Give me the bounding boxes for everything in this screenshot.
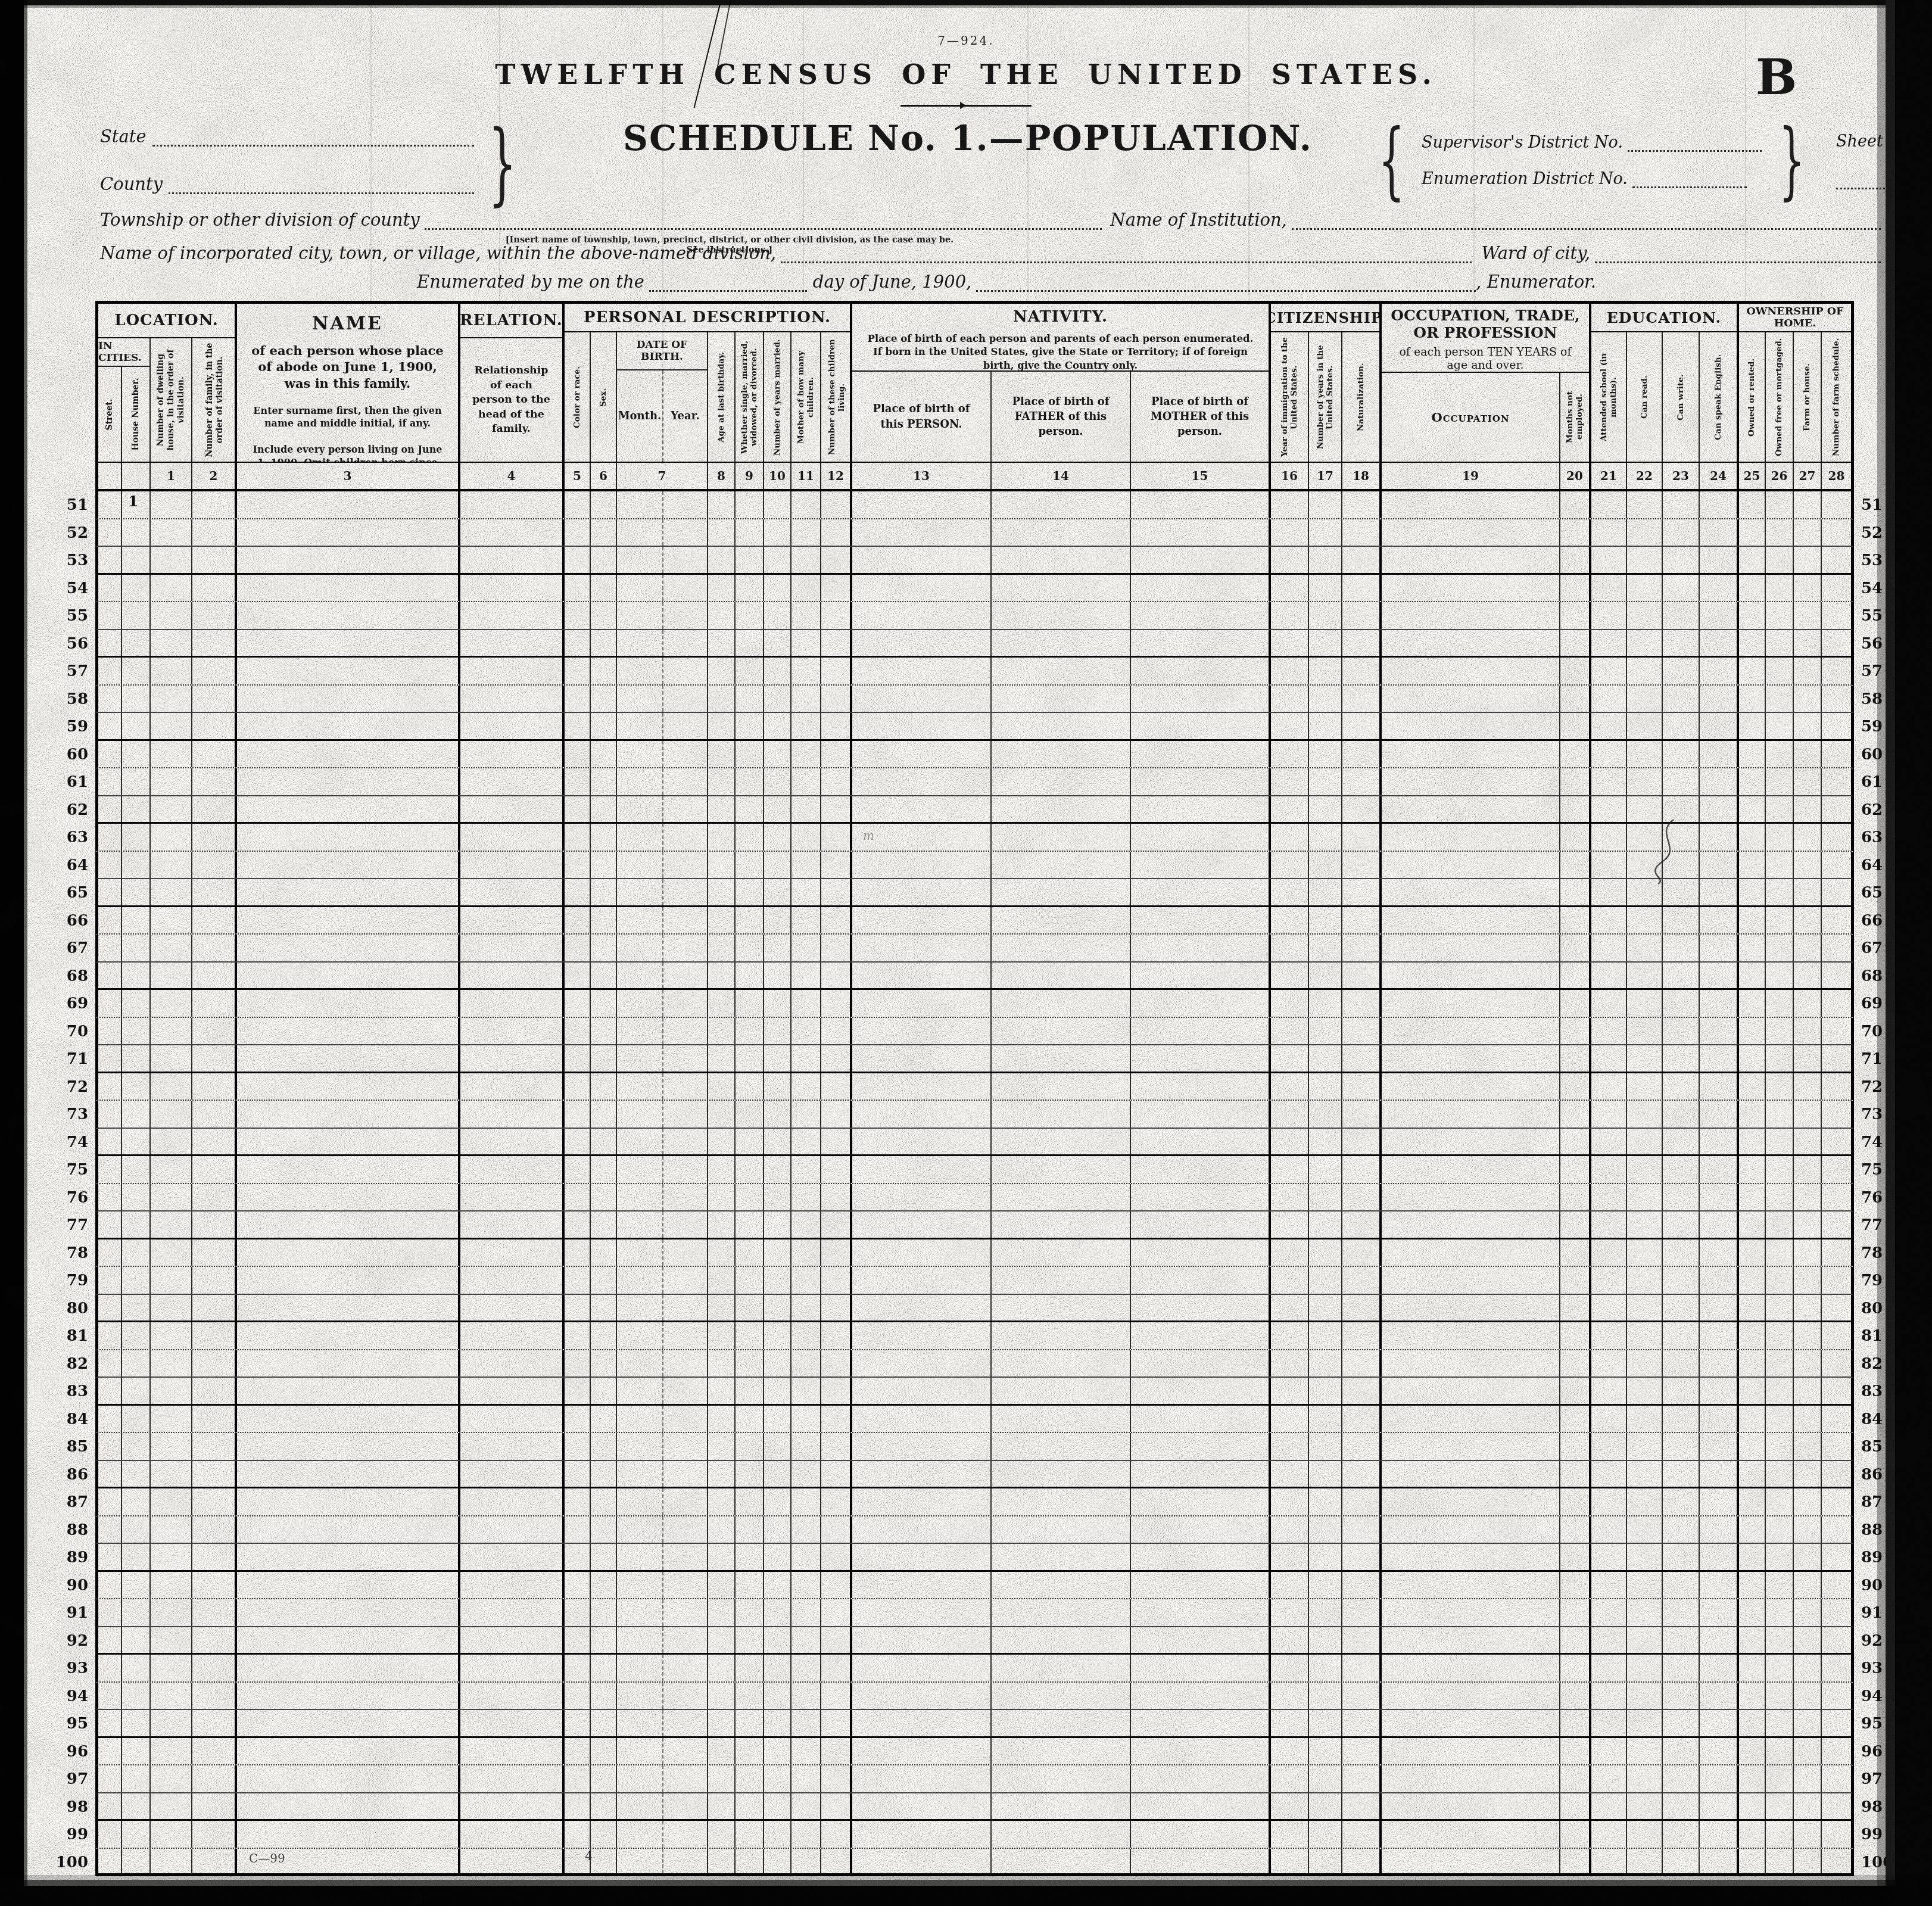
table-cell: [122, 1295, 151, 1321]
table-cell: [1766, 1599, 1794, 1626]
table-cell: [98, 1018, 122, 1045]
table-cell: [1382, 879, 1560, 905]
table-cell: [122, 1406, 151, 1432]
table-cell: [1627, 1627, 1663, 1653]
table-cell: [151, 1599, 192, 1626]
table-cell: [1663, 1710, 1700, 1736]
table-cell: [1663, 547, 1700, 573]
table-cell: [764, 1350, 792, 1377]
table-cell: [821, 1018, 852, 1045]
table-cell: [617, 713, 663, 739]
section-location: LOCATION. IN CITIES. Street. House Numbe…: [98, 304, 237, 462]
col-attended-school: Attended school (in months).: [1591, 332, 1627, 462]
table-cell: [992, 519, 1131, 546]
table-cell: [1663, 1765, 1700, 1792]
table-cell: [1627, 768, 1663, 795]
table-cell: [1766, 713, 1794, 739]
table-cell: [792, 1544, 821, 1570]
table-cell: [792, 1322, 821, 1349]
row-number: 95: [1854, 1710, 1887, 1738]
table-cell: [98, 519, 122, 546]
table-cell: [617, 1129, 663, 1155]
col-children-living: Number of these children living.: [821, 332, 852, 462]
table-cell: [708, 852, 736, 879]
table-cell: [708, 1821, 736, 1848]
table-cell: [98, 1156, 122, 1183]
table-cell: [1766, 1073, 1794, 1100]
table-cell: [237, 1572, 460, 1599]
table-cell: [237, 1433, 460, 1460]
table-cell: [565, 1267, 591, 1294]
table-cell: [1131, 1599, 1271, 1626]
table-cell: [1591, 1710, 1627, 1736]
table-cell: [1794, 519, 1822, 546]
table-cell: [708, 1433, 736, 1460]
table-cell: [237, 686, 460, 712]
table-cell: [151, 1655, 192, 1681]
table-cell: [1822, 1821, 1851, 1848]
table-cell: [1560, 1627, 1591, 1653]
table-cell: [1560, 1156, 1591, 1183]
table-cell: [1382, 491, 1560, 518]
table-cell: [460, 1710, 565, 1736]
table-cell: [192, 1765, 237, 1792]
table-cell: [1560, 1018, 1591, 1045]
table-cell: [565, 1683, 591, 1709]
table-cell: [736, 907, 764, 934]
table-cell: [1382, 1627, 1560, 1653]
table-cell: [98, 1461, 122, 1487]
table-cell: [1766, 852, 1794, 879]
table-cell: [1794, 1849, 1822, 1874]
table-cell: [151, 1710, 192, 1736]
table-cell: [852, 935, 992, 961]
table-cell: [1342, 741, 1382, 768]
table-cell: [460, 1738, 565, 1765]
table-cell: [1560, 824, 1591, 851]
table-cell: [617, 796, 663, 823]
township-field: Township or other division of county Nam…: [100, 210, 1881, 230]
table-cell: [122, 630, 151, 656]
table-cell: [708, 602, 736, 629]
table-cell: [852, 1045, 992, 1072]
table-cell: [736, 1018, 764, 1045]
enumeration-district-field: Enumeration District No.: [1422, 170, 1762, 188]
table-cell: [1560, 1821, 1591, 1848]
table-cell: [1560, 935, 1591, 961]
row-number: 89: [1854, 1544, 1887, 1572]
table-cell: [1271, 1406, 1309, 1432]
table-cell: [1822, 658, 1851, 684]
table-cell: [98, 575, 122, 602]
table-cell: [992, 1184, 1131, 1211]
table-row: 5555: [61, 602, 1887, 630]
table-cell: [1342, 1738, 1382, 1765]
table-cell: [992, 630, 1131, 656]
table-cell: [617, 1516, 663, 1543]
table-cell: [736, 1516, 764, 1543]
table-row: 5454: [61, 575, 1887, 603]
table-cell: [237, 1045, 460, 1072]
table-cell: [1382, 1821, 1560, 1848]
table-cell: [1591, 1322, 1627, 1349]
table-cell: [1739, 990, 1766, 1017]
table-cell: [1739, 1655, 1766, 1681]
table-cell: [460, 1045, 565, 1072]
table-cell: [1560, 1461, 1591, 1487]
table-cell: [663, 658, 708, 684]
table-cell: [617, 1433, 663, 1460]
table-cell: [1131, 1627, 1271, 1653]
table-cell: [1131, 1849, 1271, 1874]
section-name: NAME of each person whose place of abode…: [237, 304, 460, 462]
table-cell: [122, 1710, 151, 1736]
table-row: 9797: [61, 1765, 1887, 1793]
table-cell: [617, 879, 663, 905]
table-cell: [1382, 1488, 1560, 1515]
table-cell: [1700, 1322, 1739, 1349]
table-cell: [1342, 1295, 1382, 1321]
table-cell: [852, 1627, 992, 1653]
table-cell: [1382, 1738, 1560, 1765]
table-cell: [192, 963, 237, 989]
table-cell: [764, 1322, 792, 1349]
table-cell: [1766, 1295, 1794, 1321]
table-cell: [764, 768, 792, 795]
table-row: 9090: [61, 1572, 1887, 1600]
supervisor-district-label: Supervisor's District No.: [1422, 133, 1623, 152]
table-row: 5959: [61, 713, 1887, 741]
table-cell: [1794, 1710, 1822, 1736]
table-cell: [591, 1821, 617, 1848]
table-cell: [1739, 907, 1766, 934]
table-cell: [1794, 1433, 1822, 1460]
table-cell: [1309, 1295, 1342, 1321]
table-cell: [1739, 519, 1766, 546]
table-cell: [663, 1488, 708, 1515]
table-cell: [663, 491, 708, 518]
table-cell: [192, 1295, 237, 1321]
table-cell: [1822, 1045, 1851, 1072]
table-cell: [821, 1599, 852, 1626]
table-cell: [1591, 1184, 1627, 1211]
table-cell: [1766, 1516, 1794, 1543]
table-cell: [852, 852, 992, 879]
table-cell: [122, 1655, 151, 1681]
table-cell: [1271, 1738, 1309, 1765]
table-cell: [617, 1239, 663, 1266]
table-cell: [1309, 1156, 1342, 1183]
schedule-title: SCHEDULE No. 1.—POPULATION.: [566, 118, 1370, 158]
table-cell: 1: [122, 491, 151, 518]
table-cell: [1309, 796, 1342, 823]
table-cell: [1822, 519, 1851, 546]
table-cell: [1663, 602, 1700, 629]
table-cell: [1822, 1378, 1851, 1404]
row-number: 51: [1854, 491, 1887, 519]
table-cell: [992, 1239, 1131, 1266]
table-cell: [1766, 602, 1794, 629]
table-cell: [98, 1488, 122, 1515]
table-cell: [1591, 852, 1627, 879]
table-cell: [663, 713, 708, 739]
table-cell: [1822, 879, 1851, 905]
table-cell: [1309, 741, 1342, 768]
row-number: 89: [61, 1544, 95, 1572]
table-cell: [992, 768, 1131, 795]
table-cell: [1591, 1821, 1627, 1848]
table-cell: [1627, 630, 1663, 656]
table-cell: [1591, 768, 1627, 795]
table-cell: [460, 935, 565, 961]
table-cell: [1700, 796, 1739, 823]
table-cell: [792, 1849, 821, 1874]
col-can-write: Can write.: [1663, 332, 1700, 462]
table-cell: [565, 1322, 591, 1349]
table-cell: [565, 1433, 591, 1460]
row-number: 56: [1854, 630, 1887, 658]
table-cell: [852, 1849, 992, 1874]
table-cell: [192, 796, 237, 823]
table-cell: [1739, 1322, 1766, 1349]
row-cells: [95, 879, 1854, 907]
table-cell: [821, 1544, 852, 1570]
table-cell: [764, 1129, 792, 1155]
table-cell: [565, 1295, 591, 1321]
table-cell: [565, 1378, 591, 1404]
table-cell: [764, 575, 792, 602]
table-cell: [1627, 935, 1663, 961]
table-cell: [708, 491, 736, 518]
table-cell: [792, 1793, 821, 1820]
table-cell: [1739, 796, 1766, 823]
table-cell: [1271, 713, 1309, 739]
table-cell: [1271, 1821, 1309, 1848]
row-number: 55: [1854, 602, 1887, 630]
table-cell: [1131, 1488, 1271, 1515]
row-number: 57: [1854, 658, 1887, 686]
row-number: 61: [61, 768, 95, 796]
table-cell: [1700, 1378, 1739, 1404]
table-cell: [852, 1821, 992, 1848]
column-number-cell: 7: [617, 463, 708, 489]
table-cell: [192, 1350, 237, 1377]
table-cell: [821, 1627, 852, 1653]
table-cell: [1309, 1267, 1342, 1294]
table-cell: [151, 935, 192, 961]
table-row: 8585: [61, 1433, 1887, 1461]
table-cell: [591, 824, 617, 851]
table-cell: [764, 658, 792, 684]
table-cell: [1822, 1073, 1851, 1100]
table-cell: [792, 1295, 821, 1321]
table-cell: [708, 990, 736, 1017]
table-cell: [1382, 1212, 1560, 1238]
table-cell: [736, 1710, 764, 1736]
table-cell: [1700, 1212, 1739, 1238]
table-cell: [1794, 1073, 1822, 1100]
table-cell: [792, 1599, 821, 1626]
table-cell: [1342, 1433, 1382, 1460]
table-cell: [591, 491, 617, 518]
table-cell: [151, 852, 192, 879]
table-cell: [1131, 879, 1271, 905]
citizenship-title: CITIZENSHIP.: [1271, 304, 1379, 332]
table-cell: [192, 1627, 237, 1653]
table-cell: [460, 1821, 565, 1848]
table-cell: [1700, 1488, 1739, 1515]
table-cell: [708, 1765, 736, 1792]
table-cell: [1131, 1710, 1271, 1736]
table-cell: [736, 658, 764, 684]
table-cell: [1560, 1101, 1591, 1128]
table-cell: [764, 1461, 792, 1487]
table-cell: [1766, 1433, 1794, 1460]
table-cell: [122, 1599, 151, 1626]
table-cell: [122, 907, 151, 934]
table-cell: [1822, 1239, 1851, 1266]
table-cell: [1794, 713, 1822, 739]
table-cell: [663, 686, 708, 712]
row-number: 65: [61, 879, 95, 907]
table-cell: [151, 1378, 192, 1404]
table-cell: [617, 630, 663, 656]
table-cell: [1271, 796, 1309, 823]
table-cell: [1794, 1627, 1822, 1653]
table-cell: [764, 1655, 792, 1681]
table-cell: [708, 1073, 736, 1100]
table-cell: [192, 852, 237, 879]
table-cell: [1822, 1793, 1851, 1820]
scan-edge-left: [0, 0, 31, 1906]
col-naturalization: Naturalization.: [1342, 332, 1379, 462]
table-cell: [591, 1350, 617, 1377]
table-cell: [122, 519, 151, 546]
table-cell: [708, 1406, 736, 1432]
row-cells: [95, 1018, 1854, 1046]
table-cell: [1382, 824, 1560, 851]
table-cell: [1700, 1765, 1739, 1792]
table-cell: [736, 935, 764, 961]
table-cell: [617, 1821, 663, 1848]
table-cell: [1271, 907, 1309, 934]
row-number: 88: [61, 1516, 95, 1544]
table-cell: [1700, 824, 1739, 851]
table-cell: [1663, 1239, 1700, 1266]
table-cell: [736, 1295, 764, 1321]
table-cell: [1766, 879, 1794, 905]
table-cell: [1794, 1184, 1822, 1211]
table-cell: [736, 547, 764, 573]
column-number-cell: 11: [792, 463, 821, 489]
table-cell: [992, 1350, 1131, 1377]
table-cell: [1739, 1488, 1766, 1515]
table-cell: [460, 1212, 565, 1238]
table-cell: [992, 1212, 1131, 1238]
table-row: 6666: [61, 907, 1887, 935]
table-cell: [708, 658, 736, 684]
table-cell: [591, 547, 617, 573]
table-cell: [1309, 491, 1342, 518]
table-cell: [792, 630, 821, 656]
table-cell: [237, 879, 460, 905]
table-cell: [1342, 658, 1382, 684]
table-cell: [1271, 1045, 1309, 1072]
table-cell: [1794, 602, 1822, 629]
col-family-number: Number of family, in the order of visita…: [192, 338, 237, 462]
table-cell: [736, 1488, 764, 1515]
scan-edge-top: [0, 0, 1932, 10]
table-cell: [1822, 935, 1851, 961]
table-cell: [992, 1710, 1131, 1736]
table-cell: [1822, 1683, 1851, 1709]
table-cell: [852, 1599, 992, 1626]
table-cell: [1700, 1627, 1739, 1653]
table-cell: [1382, 1322, 1560, 1349]
state-blank: [152, 132, 474, 147]
table-cell: [852, 658, 992, 684]
table-cell: [1627, 1018, 1663, 1045]
table-cell: [992, 1544, 1131, 1570]
table-cell: [1591, 491, 1627, 518]
table-cell: [151, 1849, 192, 1874]
table-cell: [192, 1045, 237, 1072]
table-cell: [460, 1184, 565, 1211]
table-cell: [1663, 1184, 1700, 1211]
table-cell: [1591, 1544, 1627, 1570]
table-row: 9595: [61, 1710, 1887, 1738]
table-cell: [617, 1544, 663, 1570]
column-number-cell: 22: [1627, 463, 1663, 489]
table-cell: [1627, 1683, 1663, 1709]
table-cell: [122, 1129, 151, 1155]
table-cell: [192, 630, 237, 656]
table-cell: [122, 658, 151, 684]
table-cell: [663, 1738, 708, 1765]
table-cell: [565, 1488, 591, 1515]
table-cell: [1739, 1516, 1766, 1543]
footer-mark: 4: [585, 1849, 593, 1863]
table-cell: [1766, 1406, 1794, 1432]
table-cell: [1271, 1765, 1309, 1792]
table-cell: [1627, 547, 1663, 573]
table-cell: [617, 1101, 663, 1128]
table-cell: [992, 741, 1131, 768]
table-cell: [151, 1738, 192, 1765]
education-title: EDUCATION.: [1591, 304, 1737, 332]
city-blank: [781, 248, 1472, 263]
table-cell: [151, 547, 192, 573]
table-cell: [1739, 602, 1766, 629]
col-color-race: Color or race.: [565, 332, 591, 462]
table-cell: [1309, 1488, 1342, 1515]
sheet-label: Sheet No.: [1836, 132, 1932, 151]
table-cell: [1560, 1544, 1591, 1570]
row-number: 70: [1854, 1018, 1887, 1046]
table-row: 5252: [61, 519, 1887, 547]
open-brace: {: [1378, 119, 1405, 203]
table-cell: [122, 1488, 151, 1515]
table-cell: [663, 1184, 708, 1211]
table-cell: [992, 713, 1131, 739]
table-cell: [1382, 1239, 1560, 1266]
table-cell: [1271, 686, 1309, 712]
table-cell: [617, 1322, 663, 1349]
table-cell: [192, 1821, 237, 1848]
table-cell: [1131, 1018, 1271, 1045]
table-cell: [1271, 575, 1309, 602]
table-cell: [192, 713, 237, 739]
